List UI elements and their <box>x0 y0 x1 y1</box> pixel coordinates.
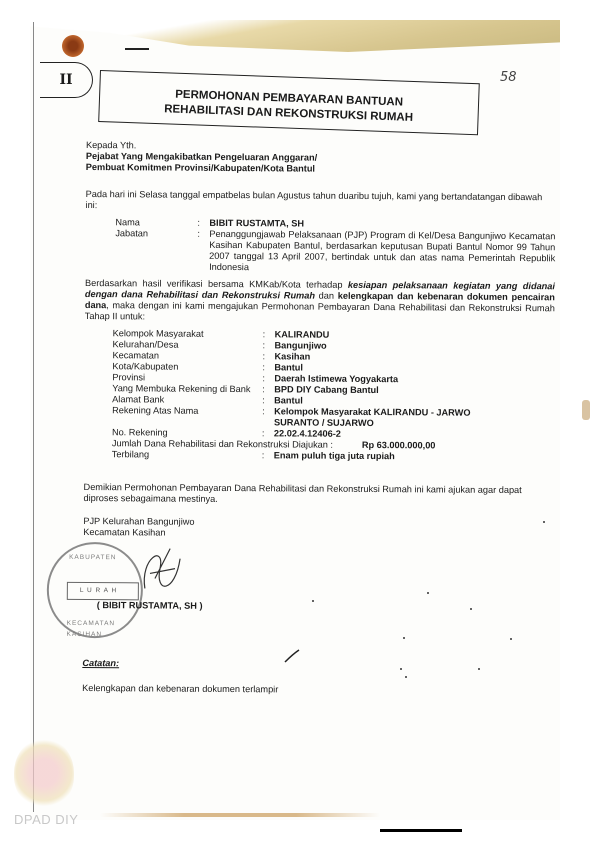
intro-paragraph: Pada hari ini Selasa tanggal empatbelas … <box>86 189 556 214</box>
archive-emblem-icon <box>14 738 74 808</box>
check-mark-icon <box>283 648 301 666</box>
colon: : <box>263 329 275 340</box>
colon: : <box>262 428 274 439</box>
basis-text-5: , maka dengan ini kami mengajukan Permoh… <box>85 300 555 321</box>
colon: : <box>262 351 274 362</box>
stamp-top-text: KABUPATEN <box>69 552 116 563</box>
basis-text-3: dan <box>315 291 338 301</box>
handwritten-page-number: 58 <box>500 70 517 85</box>
field-label: Rekening Atas Nama <box>84 405 262 428</box>
colon: : <box>262 406 274 428</box>
stamp-bottom-text: KECAMATAN KASIHAN <box>67 618 141 641</box>
colon: : <box>197 229 209 273</box>
colon: : <box>262 384 274 395</box>
addressee-line-2: Pembuat Komitmen Provinsi/Kabupaten/Kota… <box>86 162 556 176</box>
basis-text-1: Berdasarkan hasil verifikasi bersama KMK… <box>85 278 348 290</box>
signature-icon <box>135 538 185 598</box>
edge-stain <box>582 400 590 420</box>
terbilang-value: Enam puluh tiga juta rupiah <box>274 450 554 463</box>
terbilang-label: Terbilang <box>84 449 262 461</box>
section-badge: II <box>40 62 93 98</box>
colon: : <box>197 218 209 229</box>
stamp-middle-text: L U R A H <box>80 585 117 596</box>
nama-label: Nama <box>85 217 197 229</box>
field-row: Rekening Atas Nama:Kelompok Masyarakat K… <box>84 405 554 430</box>
letter-body: Kepada Yth. Pejabat Yang Mengakibatkan P… <box>82 140 556 697</box>
colon: : <box>263 340 275 351</box>
colon: : <box>262 450 274 461</box>
closing-paragraph: Demikian Permohonan Pembayaran Dana Reha… <box>83 482 553 507</box>
jabatan-label: Jabatan <box>85 228 197 273</box>
amount-value: Rp 63.000.000,00 <box>362 440 436 452</box>
archive-watermark: DPAD DIY <box>14 812 78 827</box>
bottom-redaction-bar <box>380 829 462 832</box>
colon: : <box>262 362 274 373</box>
field-value: Kelompok Masyarakat KALIRANDU - JARWO SU… <box>274 406 554 430</box>
signature-area: KABUPATEN KECAMATAN KASIHAN L U R A H ( … <box>82 538 553 661</box>
fields-list: Kelompok Masyarakat:KALIRANDU Kelurahan/… <box>84 328 555 463</box>
colon: : <box>262 373 274 384</box>
jabatan-value: Penanggungjawab Pelaksanaan (PJP) Progra… <box>209 229 555 275</box>
stain-mark <box>62 35 84 57</box>
dash-mark <box>125 48 149 50</box>
basis-paragraph: Berdasarkan hasil verifikasi bersama KMK… <box>85 278 555 325</box>
stamp-inner-box: L U R A H <box>67 582 139 601</box>
signed-name: ( BIBIT RUSTAMTA, SH ) <box>97 600 203 612</box>
bottom-edge-stain <box>100 813 380 817</box>
page-edge-line <box>33 22 34 812</box>
signer-jabatan-row: Jabatan : Penanggungjawab Pelaksanaan (P… <box>85 228 555 275</box>
colon: : <box>262 395 274 406</box>
terbilang-row: Terbilang : Enam puluh tiga juta rupiah <box>84 449 554 463</box>
